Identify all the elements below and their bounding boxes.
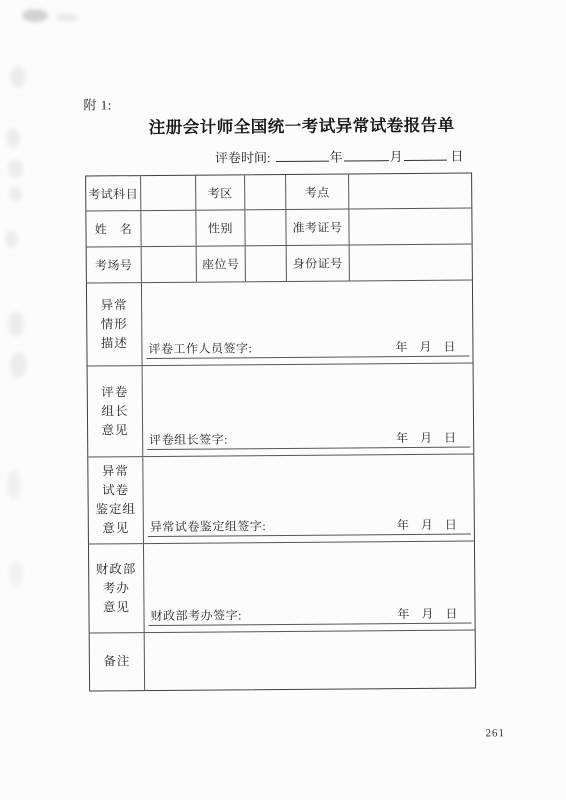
signature-label: 评卷工作人员签字: bbox=[148, 339, 252, 357]
leader-signature-line: 评卷组长签字: 年 月 日 bbox=[147, 429, 470, 451]
signature-date: 年 月 日 bbox=[397, 605, 457, 622]
opinion-blank-space bbox=[143, 363, 474, 431]
appraisal-group-opinion-area: 异常试卷鉴定组签字: 年 月 日 bbox=[143, 454, 474, 543]
marking-time-label: 评卷时间: bbox=[215, 150, 271, 165]
signature-date: 年 月 日 bbox=[396, 429, 456, 446]
admission-ticket-label: 准考证号 bbox=[286, 209, 349, 244]
remarks-row: 备注 bbox=[90, 630, 475, 690]
label-line: 意见 bbox=[102, 519, 129, 538]
label-line: 异常 bbox=[101, 296, 128, 315]
year-unit-label: 年 bbox=[330, 150, 343, 165]
marking-leader-opinion-row: 评卷 组长 意见 评卷组长签字: 年 月 日 bbox=[88, 363, 474, 457]
mof-office-opinion-row: 财政部 考办 意见 财政部考办签字: 年 月 日 bbox=[89, 541, 475, 633]
signature-label: 评卷组长签字: bbox=[149, 430, 228, 448]
marking-leader-opinion-label: 评卷 组长 意见 bbox=[88, 366, 144, 456]
appraisal-group-opinion-label: 异常 试卷 鉴定组 意见 bbox=[88, 457, 144, 543]
marking-leader-opinion-area: 评卷组长签字: 年 月 日 bbox=[143, 363, 474, 456]
label-line: 财政部 bbox=[96, 560, 137, 579]
exam-subject-value bbox=[141, 176, 196, 210]
remarks-area bbox=[145, 630, 475, 690]
marker-signature-line: 评卷工作人员签字: 年 月 日 bbox=[146, 338, 469, 360]
mof-office-opinion-area: 财政部考办签字: 年 月 日 bbox=[144, 541, 475, 632]
abnormal-description-area: 评卷工作人员签字: 年 月 日 bbox=[142, 280, 473, 365]
gender-value bbox=[245, 210, 286, 245]
mof-office-opinion-label: 财政部 考办 意见 bbox=[89, 544, 145, 632]
year-blank-underline bbox=[275, 148, 328, 162]
id-number-value bbox=[350, 244, 472, 280]
scanned-document-page: 附 1: 注册会计师全国统一考试异常试卷报告单 评卷时间:年月日 考试科目 考区… bbox=[0, 0, 566, 800]
exam-region-value bbox=[245, 175, 286, 209]
exam-site-value bbox=[349, 173, 471, 208]
opinion-blank-space bbox=[143, 454, 473, 518]
signature-date: 年 月 日 bbox=[397, 516, 457, 533]
report-form-table: 考试科目 考区 考点 姓 名 性别 准考证号 考场号 座位号 bbox=[85, 172, 476, 691]
label-line: 考办 bbox=[103, 579, 130, 598]
abnormal-description-label: 异常 情形 描述 bbox=[87, 283, 143, 365]
exam-room-label: 考场号 bbox=[87, 247, 142, 282]
name-value bbox=[141, 211, 196, 246]
mof-signature-line: 财政部考办签字: 年 月 日 bbox=[148, 605, 471, 627]
remarks-blank-space bbox=[145, 630, 475, 690]
table-row: 考试科目 考区 考点 bbox=[86, 173, 471, 211]
name-label: 姓 名 bbox=[86, 211, 141, 246]
id-number-label: 身份证号 bbox=[287, 245, 350, 280]
day-unit-label: 日 bbox=[451, 149, 464, 164]
label-line: 备注 bbox=[103, 652, 130, 671]
label-line: 意见 bbox=[103, 598, 130, 617]
label-line: 鉴定组 bbox=[95, 500, 136, 519]
appraisal-signature-line: 异常试卷鉴定组签字: 年 月 日 bbox=[148, 516, 471, 538]
document-sheet: 附 1: 注册会计师全国统一考试异常试卷报告单 评卷时间:年月日 考试科目 考区… bbox=[0, 0, 566, 800]
month-blank-underline bbox=[344, 147, 389, 161]
signature-label: 异常试卷鉴定组签字: bbox=[150, 517, 266, 535]
seat-number-label: 座位号 bbox=[197, 246, 246, 281]
marking-time-line: 评卷时间:年月日 bbox=[215, 146, 465, 167]
day-blank-underline bbox=[404, 147, 447, 161]
attachment-label: 附 1: bbox=[83, 94, 112, 113]
table-row: 考场号 座位号 身份证号 bbox=[87, 244, 472, 283]
label-line: 试卷 bbox=[102, 481, 129, 500]
label-line: 评卷 bbox=[101, 383, 128, 402]
exam-room-value bbox=[142, 247, 197, 282]
label-line: 组长 bbox=[101, 402, 128, 421]
exam-region-label: 考区 bbox=[196, 175, 245, 209]
page-number: 261 bbox=[485, 727, 505, 739]
month-unit-label: 月 bbox=[390, 149, 403, 164]
label-line: 描述 bbox=[101, 334, 128, 353]
appraisal-group-opinion-row: 异常 试卷 鉴定组 意见 异常试卷鉴定组签字: 年 月 日 bbox=[88, 454, 474, 544]
table-row: 姓 名 性别 准考证号 bbox=[86, 208, 471, 247]
exam-site-label: 考点 bbox=[286, 174, 349, 208]
label-line: 意见 bbox=[101, 421, 128, 440]
label-line: 异常 bbox=[102, 462, 129, 481]
signature-date: 年 月 日 bbox=[395, 338, 455, 355]
gender-label: 性别 bbox=[196, 210, 245, 245]
remarks-label: 备注 bbox=[90, 633, 145, 690]
admission-ticket-value bbox=[349, 208, 471, 244]
opinion-blank-space bbox=[144, 541, 474, 607]
label-line: 情形 bbox=[101, 315, 128, 334]
exam-subject-label: 考试科目 bbox=[86, 176, 141, 210]
page-title: 注册会计师全国统一考试异常试卷报告单 bbox=[0, 111, 564, 139]
seat-number-value bbox=[246, 246, 287, 281]
abnormal-description-row: 异常 情形 描述 评卷工作人员签字: 年 月 日 bbox=[87, 280, 473, 366]
signature-label: 财政部考办签字: bbox=[150, 606, 241, 624]
opinion-blank-space bbox=[142, 280, 472, 340]
